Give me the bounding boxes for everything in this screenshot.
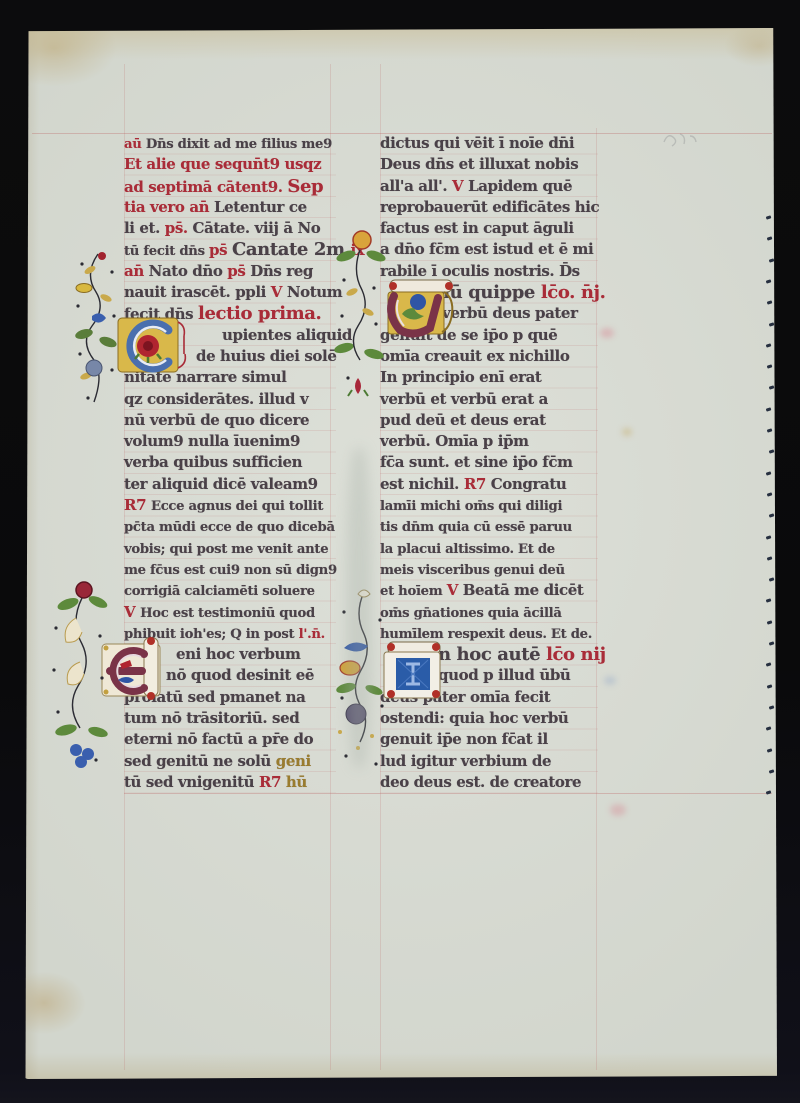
text-segment: Et alie que sequn̄t9 usqz [124, 155, 321, 173]
text-line: et hoīem V Beatā me dicēt [380, 580, 598, 601]
illuminated-initial-c [112, 316, 192, 376]
text-line: tia vero an̄ Letentur ce [124, 197, 336, 218]
text-line: volum9 nulla īuenim9 [124, 431, 336, 452]
text-segment: vobis; qui post me venit ante [124, 542, 328, 557]
pricking-mark [768, 641, 774, 645]
text-segment: a dn̄o fc̄m est istud et ē mi [380, 240, 593, 258]
text-line: In principio enī erat [380, 367, 598, 388]
pricking-mark [765, 599, 771, 603]
text-segment: Deus dn̄s et illuxat nobis [380, 155, 578, 173]
text-line: tis dn̄m quia cū essē paruu [380, 516, 598, 537]
text-line: me fc̄us est cui9 non sū dign9 [124, 559, 336, 580]
text-line: fc̄a sunt. et sine ip̄o fc̄m [380, 452, 598, 473]
text-segment: volum9 nulla īuenim9 [124, 432, 300, 450]
text-segment: tū fecit dn̄s [124, 244, 209, 259]
text-line: corrigiā calciamēti soluere [124, 580, 336, 601]
text-segment: verbū et verbū erat a [380, 390, 548, 408]
text-line: pud deū et deus erat [380, 410, 598, 431]
text-segment: nauit irascēt. ppli [124, 283, 271, 301]
pricking-mark [767, 556, 773, 560]
text-line: tum nō trāsitoriū. sed [124, 708, 336, 729]
pricking-mark [767, 748, 773, 752]
text-segment: eni hoc verbum [176, 645, 300, 663]
text-segment: Beatā me dicēt [463, 581, 584, 599]
text-line: verbū et verbū erat a [380, 389, 598, 410]
text-segment: R7 [259, 773, 286, 791]
text-line: tū fecit dn̄s ps̄ Cantate 2m ix [124, 239, 336, 260]
text-segment: Cātate. viij ā No [193, 219, 321, 237]
text-segment: qz considerātes. illud v [124, 390, 308, 408]
text-line: R7 Ecce agnus dei qui tollit [124, 495, 336, 516]
text-segment: V [447, 581, 463, 599]
pricking-mark [767, 492, 773, 496]
text-segment: Lapidem quē [468, 177, 572, 195]
text-segment: V [124, 603, 140, 621]
text-segment: all'a all'. [380, 177, 452, 195]
text-segment: ostendi: quia hoc verbū [380, 709, 568, 727]
text-segment: reprobauerūt edificātes hic [380, 198, 599, 216]
text-line: ad septimā cātent9. Sep [124, 176, 336, 197]
pricking-mark [767, 300, 773, 304]
text-segment: ad septimā cātent9. [124, 178, 287, 196]
stain-gutter-shadow [346, 448, 372, 768]
text-line: omīa creauit ex nichillo [380, 346, 598, 367]
text-line: an̄ Nato dn̄o ps̄ Dn̄s reg [124, 261, 336, 282]
text-segment: om̄s gn̄ationes quia ācillā [380, 606, 562, 621]
text-line: factus est in caput āguli [380, 218, 598, 239]
text-line: om̄s gn̄ationes quia ācillā [380, 602, 598, 623]
text-line: lamīi michi om̄s qui diligi [380, 495, 598, 516]
text-segment: tis dn̄m quia cū essē paruu [380, 520, 572, 535]
text-segment: factus est in caput āguli [380, 219, 574, 237]
text-line: Et alie que sequn̄t9 usqz [124, 154, 336, 175]
text-segment: verbū. Omīa p ip̄m [380, 432, 529, 450]
parchment-leaf: aū Dn̄s dixit ad me filius me9Et alie qu… [24, 28, 777, 1079]
text-segment: R7 [464, 475, 491, 493]
text-segment: ps̄. [165, 219, 193, 237]
text-segment: omīa creauit ex nichillo [380, 347, 569, 365]
text-segment: Sep [287, 176, 323, 197]
pricking-mark [768, 258, 774, 262]
text-line: eterni nō factū a pr̄e do [124, 729, 336, 750]
stain-specks-right [622, 428, 632, 436]
text-segment: nō quod desinit eē [166, 666, 314, 684]
text-line: nauit irascēt. ppli V Notum [124, 282, 336, 303]
text-segment: eterni nō factū a pr̄e do [124, 730, 313, 748]
pricking-mark [767, 428, 773, 432]
text-line: V Hoc est testimoniū quod [124, 602, 336, 623]
text-line: est nichil. R7 Congratu [380, 474, 598, 495]
text-line: la placui altissimo. Et de [380, 538, 598, 559]
text-segment: de huius diei solē [196, 347, 336, 365]
text-segment: pc̄ta mūdi ecce de quo dicebā [124, 520, 335, 535]
pricking-mark [765, 343, 771, 347]
text-segment: lud igitur verbium de [380, 752, 551, 770]
pricking-mark [765, 535, 771, 539]
text-segment: tū sed vnigenitū [124, 773, 259, 791]
pricking-mark [767, 364, 773, 368]
text-segment: l'.n̄. [299, 627, 325, 642]
text-line: pc̄ta mūdi ecce de quo dicebā [124, 516, 336, 537]
pricking-mark [767, 237, 773, 241]
pricking-mark [768, 322, 774, 326]
text-segment: Nato dn̄o [149, 262, 228, 280]
text-segment: verbū deus pater [442, 304, 578, 322]
text-line: Deus dn̄s et illuxat nobis [380, 154, 598, 175]
text-line: lud igitur verbium de [380, 751, 598, 772]
text-segment: n hoc autē [438, 644, 546, 665]
text-line: vobis; qui post me venit ante [124, 538, 336, 559]
pricking-mark [765, 471, 771, 475]
text-segment: li et. [124, 219, 165, 237]
text-segment: deo deus est. de creatore [380, 773, 581, 791]
text-segment: me fc̄us est cui9 non sū dign9 [124, 563, 337, 578]
text-line: li et. ps̄. Cātate. viij ā No [124, 218, 336, 239]
text-segment: sed genitū ne solū [124, 752, 276, 770]
pricking-mark [765, 726, 771, 730]
text-segment: quod p illud ūbū [438, 666, 570, 684]
text-segment: dictus qui vēit ī noīe dn̄i [380, 134, 574, 152]
text-line: meis visceribus genui deū [380, 559, 598, 580]
text-segment: pud deū et deus erat [380, 411, 546, 429]
text-segment: Dn̄s dixit ad me filius me9 [146, 137, 332, 152]
text-segment: In principio enī erat [380, 368, 541, 386]
text-line: dictus qui vēit ī noīe dn̄i [380, 133, 598, 154]
text-line: reprobauerūt edificātes hic [380, 197, 598, 218]
text-segment: lectio prima. [198, 303, 321, 324]
text-segment: hū [286, 773, 307, 791]
pricking-mark [768, 386, 774, 390]
text-segment: tum nō trāsitoriū. sed [124, 709, 299, 727]
floral-border-spray-gutter-upper [328, 228, 388, 398]
stain-specks-right2 [604, 676, 616, 685]
text-segment: ps̄ [227, 262, 250, 280]
text-line: aū Dn̄s dixit ad me filius me9 [124, 133, 336, 154]
text-line: genuit ip̄e non fc̄at il [380, 729, 598, 750]
text-segment: est nichil. [380, 475, 464, 493]
text-segment: ps̄ [209, 241, 232, 259]
pricking-mark [768, 705, 774, 709]
manuscript-photo: aū Dn̄s dixit ad me filius me9Et alie qu… [0, 0, 800, 1103]
text-line: tū sed vnigenitū R7 hū [124, 772, 336, 793]
text-segment: la placui altissimo. Et de [380, 542, 555, 557]
text-line: ter aliquid dicē valeam9 [124, 474, 336, 495]
text-line: verba quibus sufficien [124, 452, 336, 473]
pricking-mark [765, 279, 771, 283]
text-segment: nū verbū de quo dicere [124, 411, 309, 429]
pricking-mark [768, 513, 774, 517]
text-line: qz considerātes. illud v [124, 389, 336, 410]
text-segment: corrigiā calciamēti soluere [124, 584, 315, 599]
stain-pink-right [600, 328, 614, 338]
text-segment: V [452, 177, 468, 195]
text-segment: Ecce agnus dei qui tollit [151, 499, 323, 514]
pricking-mark [768, 450, 774, 454]
text-segment: lc̄o. n̄j. [541, 282, 606, 303]
text-line: sed genitū ne solū geni [124, 751, 336, 772]
text-segment: tia vero an̄ [124, 198, 214, 216]
text-line: all'a all'. V Lapidem quē [380, 176, 598, 197]
text-segment: ter aliquid dicē valeam9 [124, 475, 318, 493]
text-segment: an̄ [124, 262, 149, 280]
text-segment: R7 [124, 496, 151, 514]
text-segment: meis visceribus genui deū [380, 563, 565, 578]
pricking-mark [768, 577, 774, 581]
text-segment: lamīi michi om̄s qui diligi [380, 499, 562, 514]
pricking-mark [765, 663, 771, 667]
pricking-mark [767, 684, 773, 688]
text-segment: Dn̄s reg [250, 262, 313, 280]
floral-border-spray-left-upper [68, 250, 124, 406]
text-line: deo deus est. de creatore [380, 772, 598, 793]
text-segment: Letentur ce [214, 198, 307, 216]
pricking-mark [767, 620, 773, 624]
text-segment: V [271, 283, 287, 301]
faint-marginal-inscription [660, 128, 700, 150]
pricking-mark [768, 769, 774, 773]
text-segment: verba quibus sufficien [124, 453, 302, 471]
text-line: nū verbū de quo dicere [124, 410, 336, 431]
pricking-mark [765, 407, 771, 411]
pricking-mark [765, 215, 771, 219]
text-line: ostendi: quia hoc verbū [380, 708, 598, 729]
text-line: verbū. Omīa p ip̄m [380, 431, 598, 452]
text-segment: Hoc est testimoniū quod [140, 606, 315, 621]
text-segment: aū [124, 137, 146, 152]
text-segment: fc̄a sunt. et sine ip̄o fc̄m [380, 453, 573, 471]
text-segment: lc̄o nij [546, 644, 606, 665]
stain-pink-bottom [610, 804, 626, 816]
text-segment: geni [276, 752, 311, 770]
floral-border-spray-left-lower [36, 578, 114, 774]
text-segment: genuit ip̄e non fc̄at il [380, 730, 548, 748]
text-line: a dn̄o fc̄m est istud et ē mi [380, 239, 598, 260]
text-segment: Congratu [491, 475, 567, 493]
